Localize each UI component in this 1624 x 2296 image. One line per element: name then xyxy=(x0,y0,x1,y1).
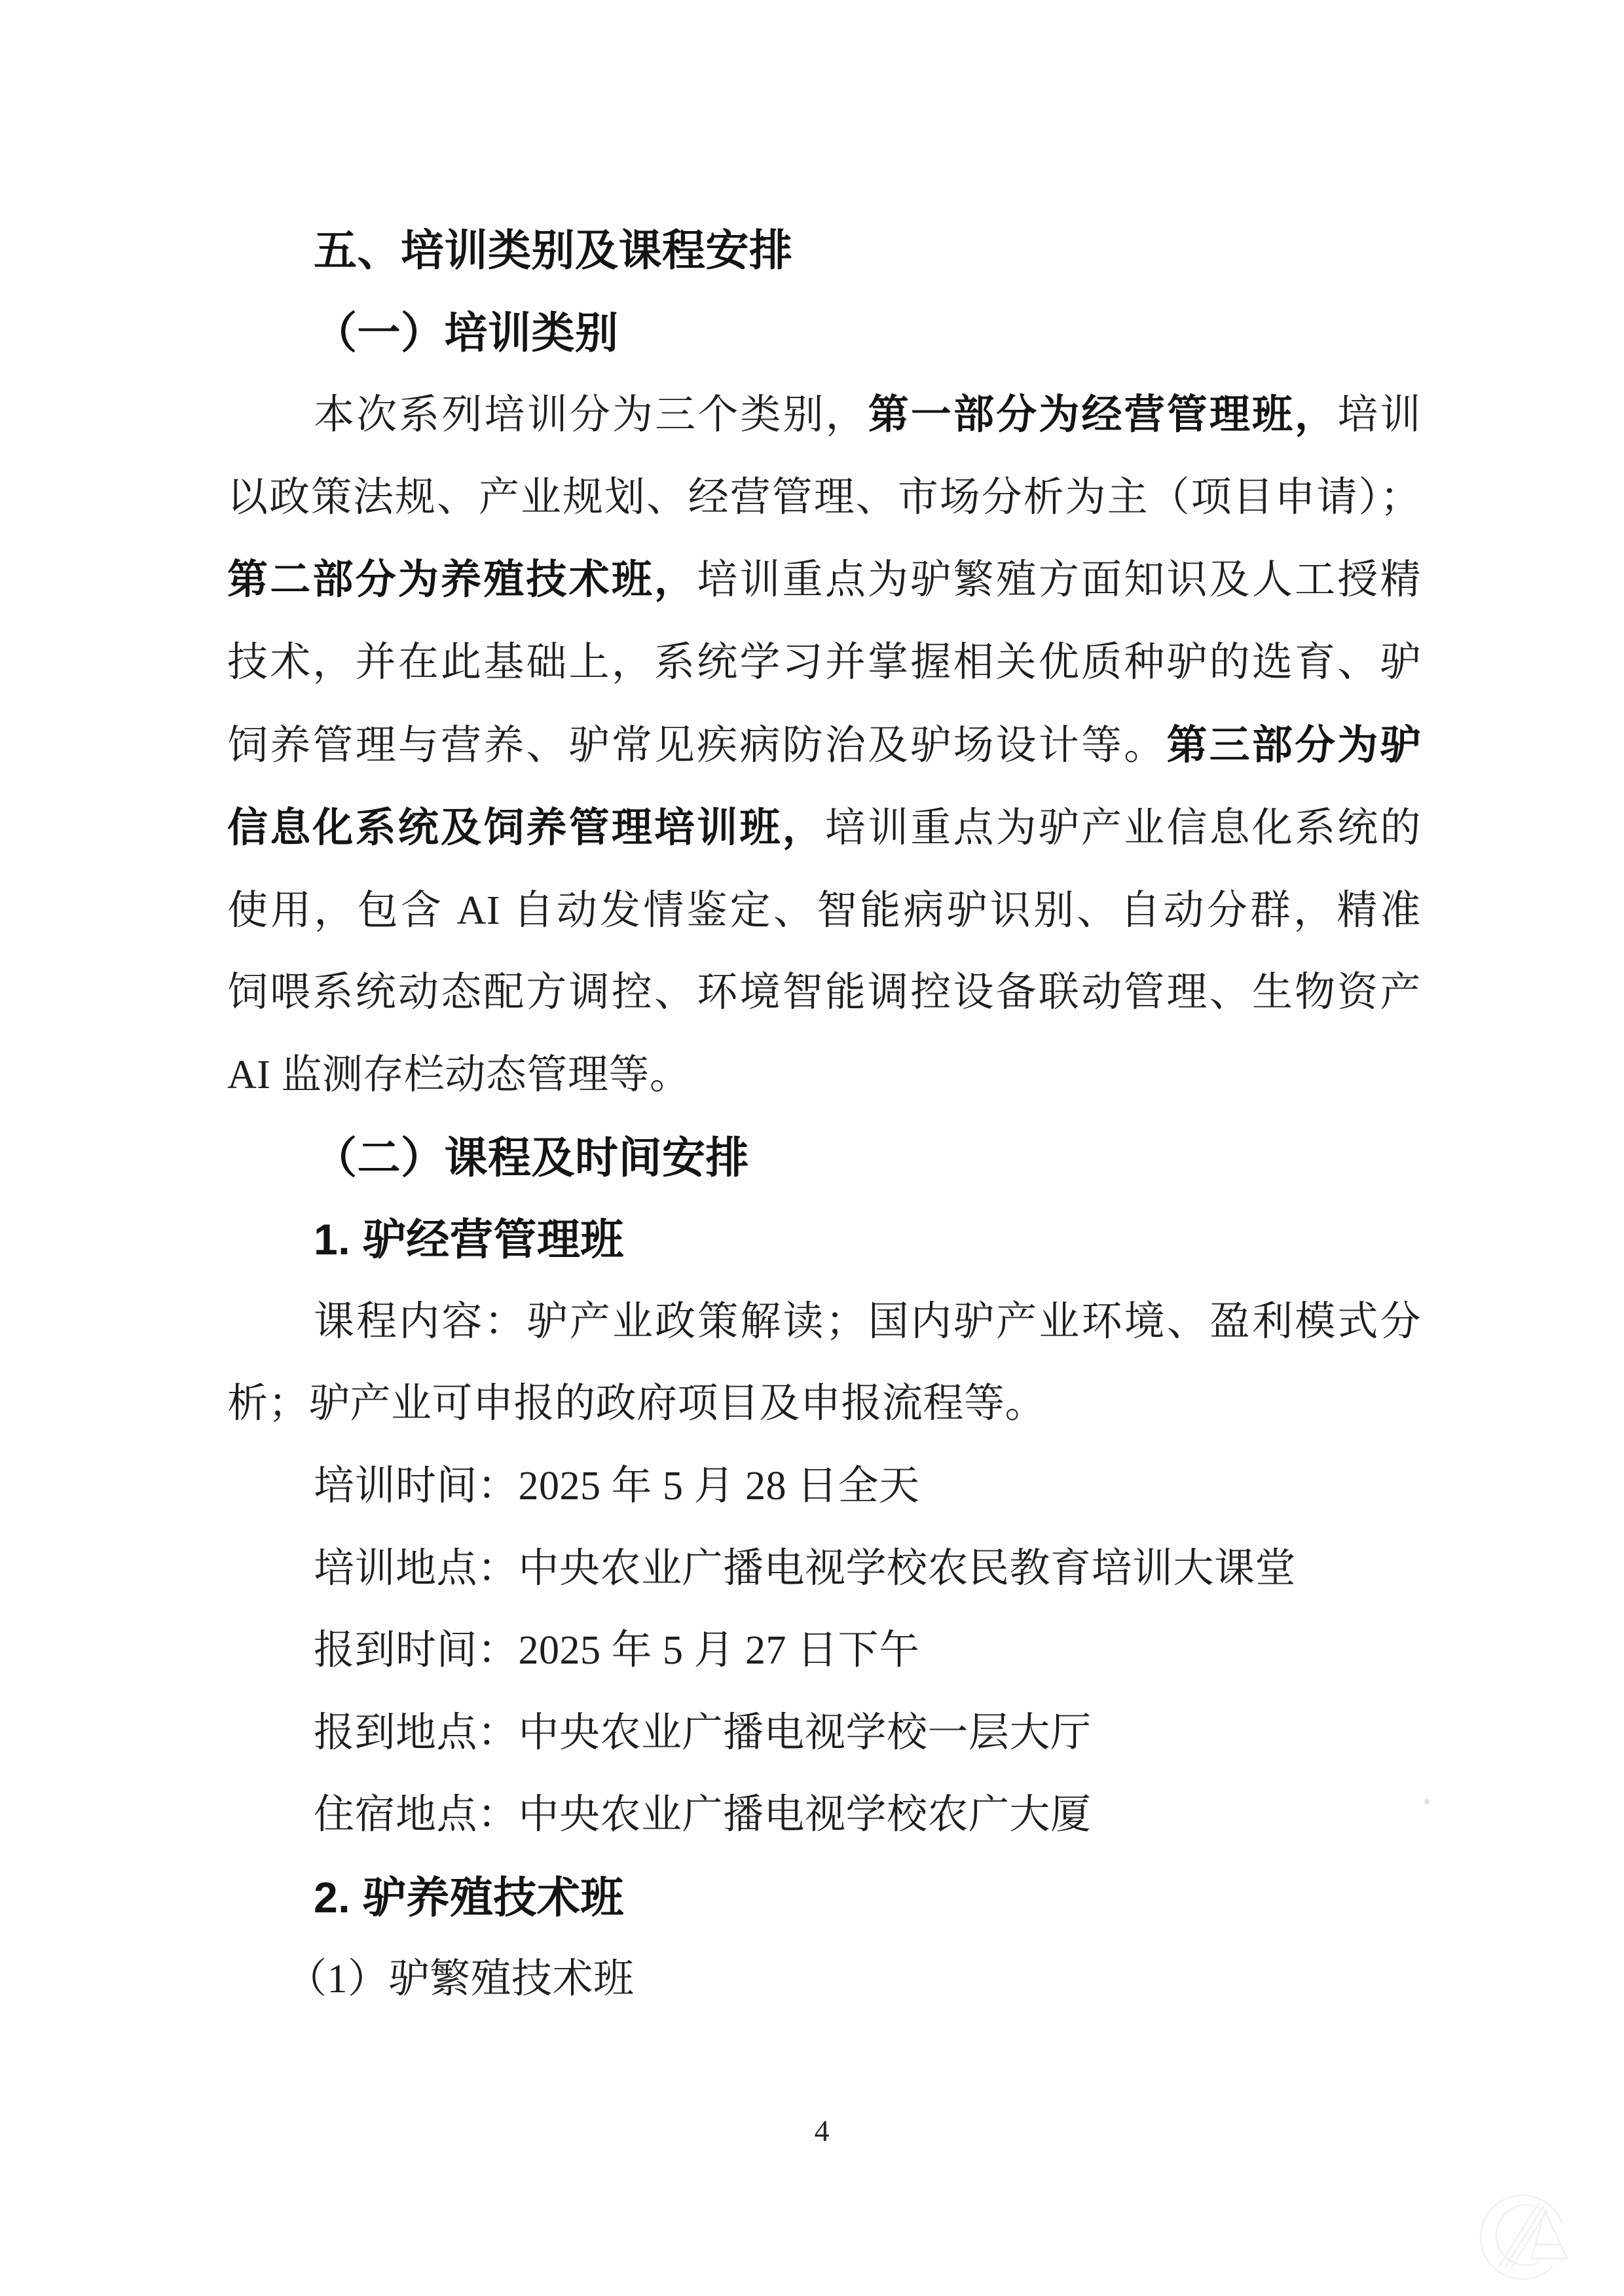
text-line: 第二部分为养殖技术班，培训重点为驴繁殖方面知识及人工授精 xyxy=(227,539,1421,622)
text-line: 培训时间：2025 年 5 月 28 日全天 xyxy=(227,1446,1421,1528)
text-line: 信息化系统及饲养管理培训班，培训重点为驴产业信息化系统的 xyxy=(227,787,1421,870)
text-line: 以政策法规、产业规划、经营管理、市场分析为主（项目申请）； xyxy=(227,457,1421,539)
logo-outer-ring xyxy=(1481,2195,1562,2279)
text-line: 饲养管理与营养、驴常见疾病防治及驴场设计等。第三部分为驴 xyxy=(227,704,1421,788)
text-line: 析；驴产业可申报的政府项目及申报流程等。 xyxy=(227,1363,1421,1446)
text-run: 培训 xyxy=(1337,393,1421,437)
text-run: 课程内容：驴产业政策解读；国内驴产业环境、盈利模式分 xyxy=(314,1300,1421,1344)
text-line: 饲喂系统动态配方调控、环境智能调控设备联动管理、生物资产 xyxy=(227,952,1421,1034)
heading-line: 五、培训类别及课程安排 xyxy=(227,210,1421,292)
bold-text-run: （一）培训类别 xyxy=(314,308,619,357)
school-logo-watermark xyxy=(1477,2188,1575,2286)
text-run: 报到地点：中央农业广播电视学校一层大厅 xyxy=(314,1711,1092,1755)
text-run: 技术，并在此基础上，系统学习并掌握相关优质种驴的选育、驴 xyxy=(227,640,1421,685)
text-line: 报到地点：中央农业广播电视学校一层大厅 xyxy=(227,1692,1421,1775)
document-page: 五、培训类别及课程安排（一）培训类别本次系列培训分为三个类别，第一部分为经营管理… xyxy=(0,0,1624,2296)
text-line: 使用，包含 AI 自动发情鉴定、智能病驴识别、自动分群，精准 xyxy=(227,870,1421,953)
document-body: 五、培训类别及课程安排（一）培训类别本次系列培训分为三个类别，第一部分为经营管理… xyxy=(227,210,1421,2021)
heading-line: （一）培训类别 xyxy=(227,292,1421,374)
bold-text-run: 五、培训类别及课程安排 xyxy=(314,226,793,274)
text-line: 本次系列培训分为三个类别，第一部分为经营管理班，培训 xyxy=(227,374,1421,457)
text-run: 培训重点为驴繁殖方面知识及人工授精 xyxy=(697,558,1421,602)
text-line: （1）驴繁殖技术班 xyxy=(227,1939,1421,2021)
bold-text-run: （二）课程及时间安排 xyxy=(314,1133,749,1182)
text-run: 以政策法规、产业规划、经营管理、市场分析为主（项目申请）； xyxy=(227,475,1421,520)
text-run: （1）驴繁殖技术班 xyxy=(286,1957,635,2001)
text-run: 报到时间：2025 年 5 月 27 日下午 xyxy=(314,1628,920,1673)
heading-line: 2. 驴养殖技术班 xyxy=(227,1857,1421,1939)
bold-text-run: 信息化系统及饲养管理培训班， xyxy=(227,805,825,850)
text-line: 住宿地点：中央农业广播电视学校农广大厦 xyxy=(227,1774,1421,1857)
text-run: 住宿地点：中央农业广播电视学校农广大厦 xyxy=(314,1793,1092,1837)
text-line: 报到时间：2025 年 5 月 27 日下午 xyxy=(227,1610,1421,1692)
text-run: 饲养管理与营养、驴常见疾病防治及驴场设计等。 xyxy=(227,723,1166,768)
text-run: 饲喂系统动态配方调控、环境智能调控设备联动管理、生物资产 xyxy=(227,970,1421,1015)
scan-speck xyxy=(1424,1799,1430,1804)
text-line: 课程内容：驴产业政策解读；国内驴产业环境、盈利模式分 xyxy=(227,1281,1421,1364)
text-run: 析；驴产业可申报的政府项目及申报流程等。 xyxy=(227,1381,1046,1426)
text-run: 培训地点：中央农业广播电视学校农民教育培训大课堂 xyxy=(314,1546,1296,1591)
heading-line: （二）课程及时间安排 xyxy=(227,1117,1421,1199)
bold-text-run: 第三部分为驴 xyxy=(1166,723,1421,768)
text-line: 培训地点：中央农业广播电视学校农民教育培训大课堂 xyxy=(227,1528,1421,1611)
bold-text-run: 2. 驴养殖技术班 xyxy=(314,1873,624,1922)
text-run: AI 监测存栏动态管理等。 xyxy=(227,1053,690,1097)
text-run: 培训重点为驴产业信息化系统的 xyxy=(825,806,1421,850)
text-line: AI 监测存栏动态管理等。 xyxy=(227,1034,1421,1117)
heading-line: 1. 驴经营管理班 xyxy=(227,1199,1421,1281)
page-number: 4 xyxy=(0,2113,1624,2148)
bold-text-run: 1. 驴经营管理班 xyxy=(314,1215,624,1264)
text-run: 本次系列培训分为三个类别， xyxy=(314,393,868,437)
text-line: 技术，并在此基础上，系统学习并掌握相关优质种驴的选育、驴 xyxy=(227,622,1421,704)
text-run: 使用，包含 AI 自动发情鉴定、智能病驴识别、自动分群，精准 xyxy=(227,888,1421,933)
bold-text-run: 第一部分为经营管理班， xyxy=(868,392,1338,437)
text-run: 培训时间：2025 年 5 月 28 日全天 xyxy=(314,1464,920,1508)
bold-text-run: 第二部分为养殖技术班， xyxy=(227,557,697,602)
